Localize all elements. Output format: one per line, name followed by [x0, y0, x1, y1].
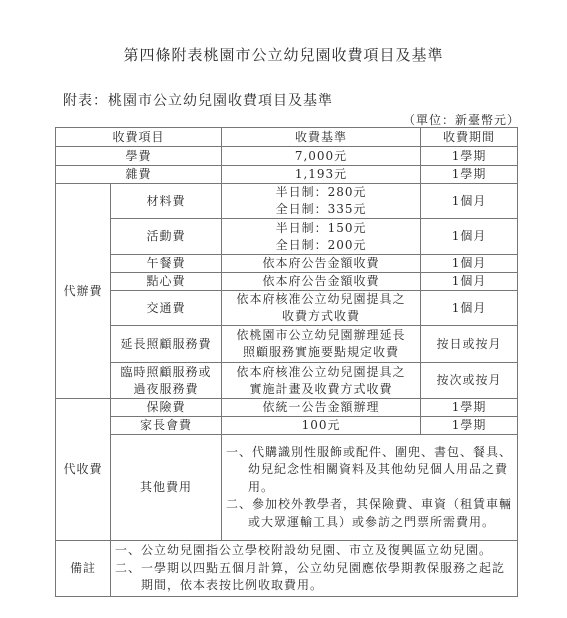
remark-item: 一、公立幼兒園指公立學校附設幼兒園、市立及復興區立幼兒園。 [115, 542, 517, 560]
table-row: 代收費 保險費 依統一公告金額辦理 1學期 [56, 399, 518, 417]
item-line: 臨時照顧服務或 [111, 364, 221, 381]
row-item: 交通費 [111, 291, 222, 326]
row-item: 延長照顧服務費 [111, 326, 222, 363]
row-standard: 依本府公告金額收費 [222, 255, 421, 273]
table-header-row: 收費項目 收費基準 收費期間 [56, 128, 518, 147]
row-standard: 7,000元 [222, 147, 421, 166]
item-line: 過夜服務費 [111, 381, 221, 398]
table-row: 代辦費 材料費 半日制：280元 全日制：335元 1個月 [56, 184, 518, 219]
row-standard: 依統一公告金額辦理 [222, 399, 421, 417]
document-title: 第四條附表桃園市公立幼兒園收費項目及基準 [0, 44, 567, 65]
row-standard: 半日制：280元 全日制：335元 [222, 184, 421, 219]
remark-item: 二、一學期以四點五個月計算，公立幼兒園應依學期教保服務之起訖期間，依本表按比例收… [115, 560, 517, 595]
row-item: 活動費 [111, 219, 222, 255]
standard-line: 半日制：280元 [222, 184, 420, 201]
row-standard: 依本府核准公立幼兒園提具之 實施計畫及收費方式收費 [222, 363, 421, 399]
row-standard: 100元 [222, 417, 421, 435]
table-caption: 附表：桃園市公立幼兒園收費項目及基準 [63, 90, 333, 110]
row-period: 按次或按月 [421, 363, 518, 399]
row-standard: 1,193元 [222, 166, 421, 184]
row-item: 其他費用 [111, 435, 222, 541]
row-period: 1學期 [421, 147, 518, 166]
table-row: 延長照顧服務費 依桃園市公立幼兒園辦理延長 照顧服務實施要點規定收費 按日或按月 [56, 326, 518, 363]
row-period: 按日或按月 [421, 326, 518, 363]
currency-unit: （單位：新臺幣元） [403, 111, 520, 128]
remarks-notes: 一、公立幼兒園指公立學校附設幼兒園、市立及復興區立幼兒園。 二、一學期以四點五個… [111, 541, 518, 597]
header-standard: 收費基準 [222, 128, 421, 147]
row-period: 1個月 [421, 184, 518, 219]
row-period: 1學期 [421, 417, 518, 435]
row-item: 雜費 [56, 166, 222, 184]
row-period: 1個月 [421, 219, 518, 255]
row-period: 1學期 [421, 399, 518, 417]
row-standard: 依桃園市公立幼兒園辦理延長 照顧服務實施要點規定收費 [222, 326, 421, 363]
note-item: 二、參加校外教學者，其保險費、車資（租賃車輛或大眾運輸工具）或參訪之門票所需費用… [226, 496, 517, 531]
standard-line: 實施計畫及收費方式收費 [222, 381, 420, 398]
table-row: 雜費 1,193元 1學期 [56, 166, 518, 184]
row-period: 1個月 [421, 291, 518, 326]
row-item: 點心費 [111, 273, 222, 291]
group-label-agency: 代辦費 [56, 184, 111, 399]
group-label-collection: 代收費 [56, 399, 111, 541]
remarks-row: 備註 一、公立幼兒園指公立學校附設幼兒園、市立及復興區立幼兒園。 二、一學期以四… [56, 541, 518, 597]
table-row: 學費 7,000元 1學期 [56, 147, 518, 166]
row-standard: 半日制：150元 全日制：200元 [222, 219, 421, 255]
table-row: 交通費 依本府核准公立幼兒園提具之 收費方式收費 1個月 [56, 291, 518, 326]
row-period: 1學期 [421, 166, 518, 184]
standard-line: 全日制：335元 [222, 201, 420, 218]
table-row: 其他費用 一、代購識別性服飾或配件、圍兜、書包、餐具、幼兒紀念性相關資料及其他幼… [56, 435, 518, 541]
row-item: 臨時照顧服務或 過夜服務費 [111, 363, 222, 399]
other-fees-notes: 一、代購識別性服飾或配件、圍兜、書包、餐具、幼兒紀念性相關資料及其他幼兒個人用品… [222, 435, 518, 541]
header-item: 收費項目 [56, 128, 222, 147]
row-standard: 依本府公告金額收費 [222, 273, 421, 291]
standard-line: 依桃園市公立幼兒園辦理延長 [222, 327, 420, 344]
note-item: 一、代購識別性服飾或配件、圍兜、書包、餐具、幼兒紀念性相關資料及其他幼兒個人用品… [226, 444, 517, 497]
standard-line: 半日制：150元 [222, 220, 420, 237]
standard-line: 照顧服務實施要點規定收費 [222, 344, 420, 361]
row-item: 材料費 [111, 184, 222, 219]
standard-line: 收費方式收費 [222, 308, 420, 325]
standard-line: 依本府核准公立幼兒園提具之 [222, 364, 420, 381]
standard-line: 全日制：200元 [222, 237, 420, 254]
table-row: 家長會費 100元 1學期 [56, 417, 518, 435]
standard-line: 依本府核准公立幼兒園提具之 [222, 291, 420, 308]
row-period: 1個月 [421, 273, 518, 291]
table-row: 點心費 依本府公告金額收費 1個月 [56, 273, 518, 291]
row-item: 保險費 [111, 399, 222, 417]
table-row: 臨時照顧服務或 過夜服務費 依本府核准公立幼兒園提具之 實施計畫及收費方式收費 … [56, 363, 518, 399]
table-row: 午餐費 依本府公告金額收費 1個月 [56, 255, 518, 273]
table-row: 活動費 半日制：150元 全日制：200元 1個月 [56, 219, 518, 255]
row-item: 學費 [56, 147, 222, 166]
row-standard: 依本府核准公立幼兒園提具之 收費方式收費 [222, 291, 421, 326]
header-period: 收費期間 [421, 128, 518, 147]
remarks-label: 備註 [56, 541, 111, 597]
row-period: 1個月 [421, 255, 518, 273]
row-item: 家長會費 [111, 417, 222, 435]
row-item: 午餐費 [111, 255, 222, 273]
fee-table: 收費項目 收費基準 收費期間 學費 7,000元 1學期 雜費 1,193元 1… [55, 127, 518, 597]
